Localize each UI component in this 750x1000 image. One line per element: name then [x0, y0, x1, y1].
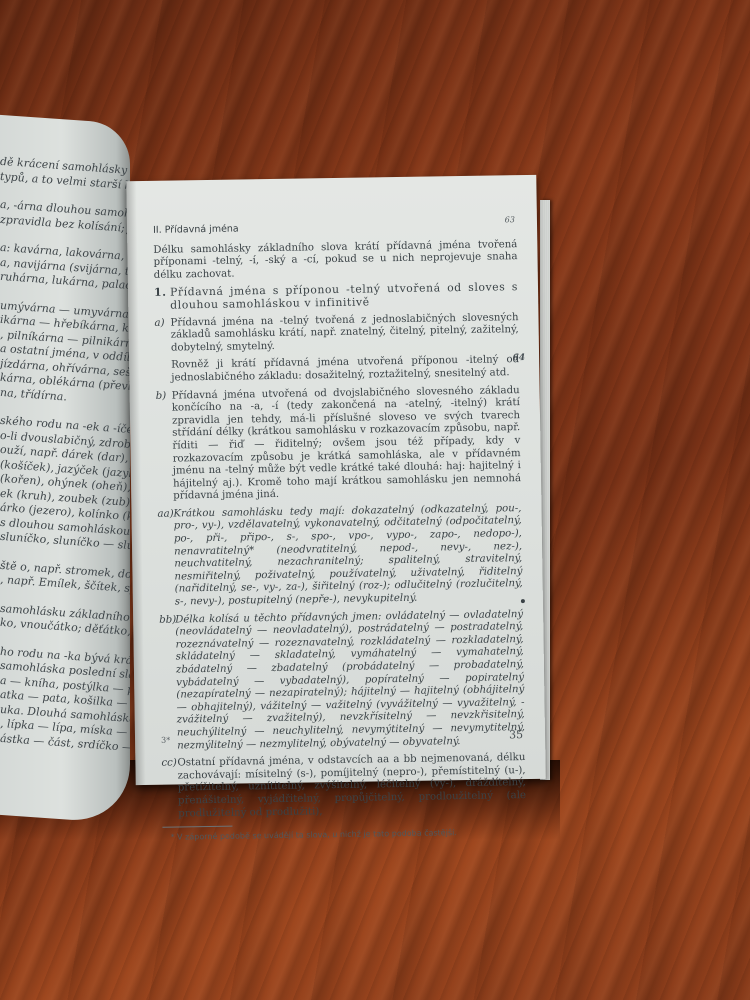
bottom-page-number: 35 — [509, 728, 523, 741]
item-bb-mark: bb) — [159, 614, 176, 627]
footnote: * V záporné podobě se uvádějí ta slova, … — [163, 826, 527, 844]
item-1: 1. Přídavná jména s příponou -telný utvo… — [154, 281, 518, 312]
item-a-text: Přídavná jména na -telný tvořená z jedno… — [170, 312, 518, 354]
item-b: b) Přídavná jména utvořená od dvojslabič… — [156, 385, 522, 504]
item-cc-text: Ostatní přídavná jména, v odstavcích aa … — [177, 752, 526, 819]
item-aa: aa) Krátkou samohlásku tedy mají: dokaza… — [157, 503, 523, 609]
item-a-mark: a) — [154, 317, 164, 330]
item-aa-mark: aa) — [157, 508, 173, 521]
item-cc-mark: cc) — [161, 758, 177, 771]
item-1-mark: 1. — [154, 287, 167, 300]
item-1-text: Přídavná jména s příponou -telný utvořen… — [170, 280, 518, 311]
item-b-text: Přídavná jména utvořená od dvojslabičnéh… — [172, 385, 522, 502]
item-aa-text: Krátkou samohlásku tedy mají: dokazateln… — [173, 503, 522, 608]
left-page-text: dě krácení samohlásky základutypů, a to … — [0, 155, 130, 755]
item-b-mark: b) — [156, 390, 167, 403]
intro-paragraph: Délku samohlásky základního slova krátí … — [153, 239, 518, 282]
item-bb-text: Délka kolísá u těchto přídavných jmen: o… — [175, 609, 525, 751]
footnote-rule — [162, 826, 232, 828]
item-cc: cc) Ostatní přídavná jména, v odstavcích… — [161, 752, 526, 821]
section-title: II. Přídavná jména — [153, 219, 517, 237]
item-bb: bb) Délka kolísá u těchto přídavných jme… — [159, 609, 525, 753]
signature-mark: 3* — [161, 736, 170, 745]
page-content: II. Přídavná jména Délku samohlásky zákl… — [153, 219, 527, 844]
left-page: dě krácení samohlásky základutypů, a to … — [0, 112, 130, 824]
item-a: a) Přídavná jména na -telný tvořená z je… — [154, 312, 519, 355]
right-page: 63 64 II. Přídavná jména Délku samohlásk… — [126, 175, 545, 785]
item-a-continued: Rovněž ji krátí přídavná jména utvořená … — [155, 354, 519, 385]
